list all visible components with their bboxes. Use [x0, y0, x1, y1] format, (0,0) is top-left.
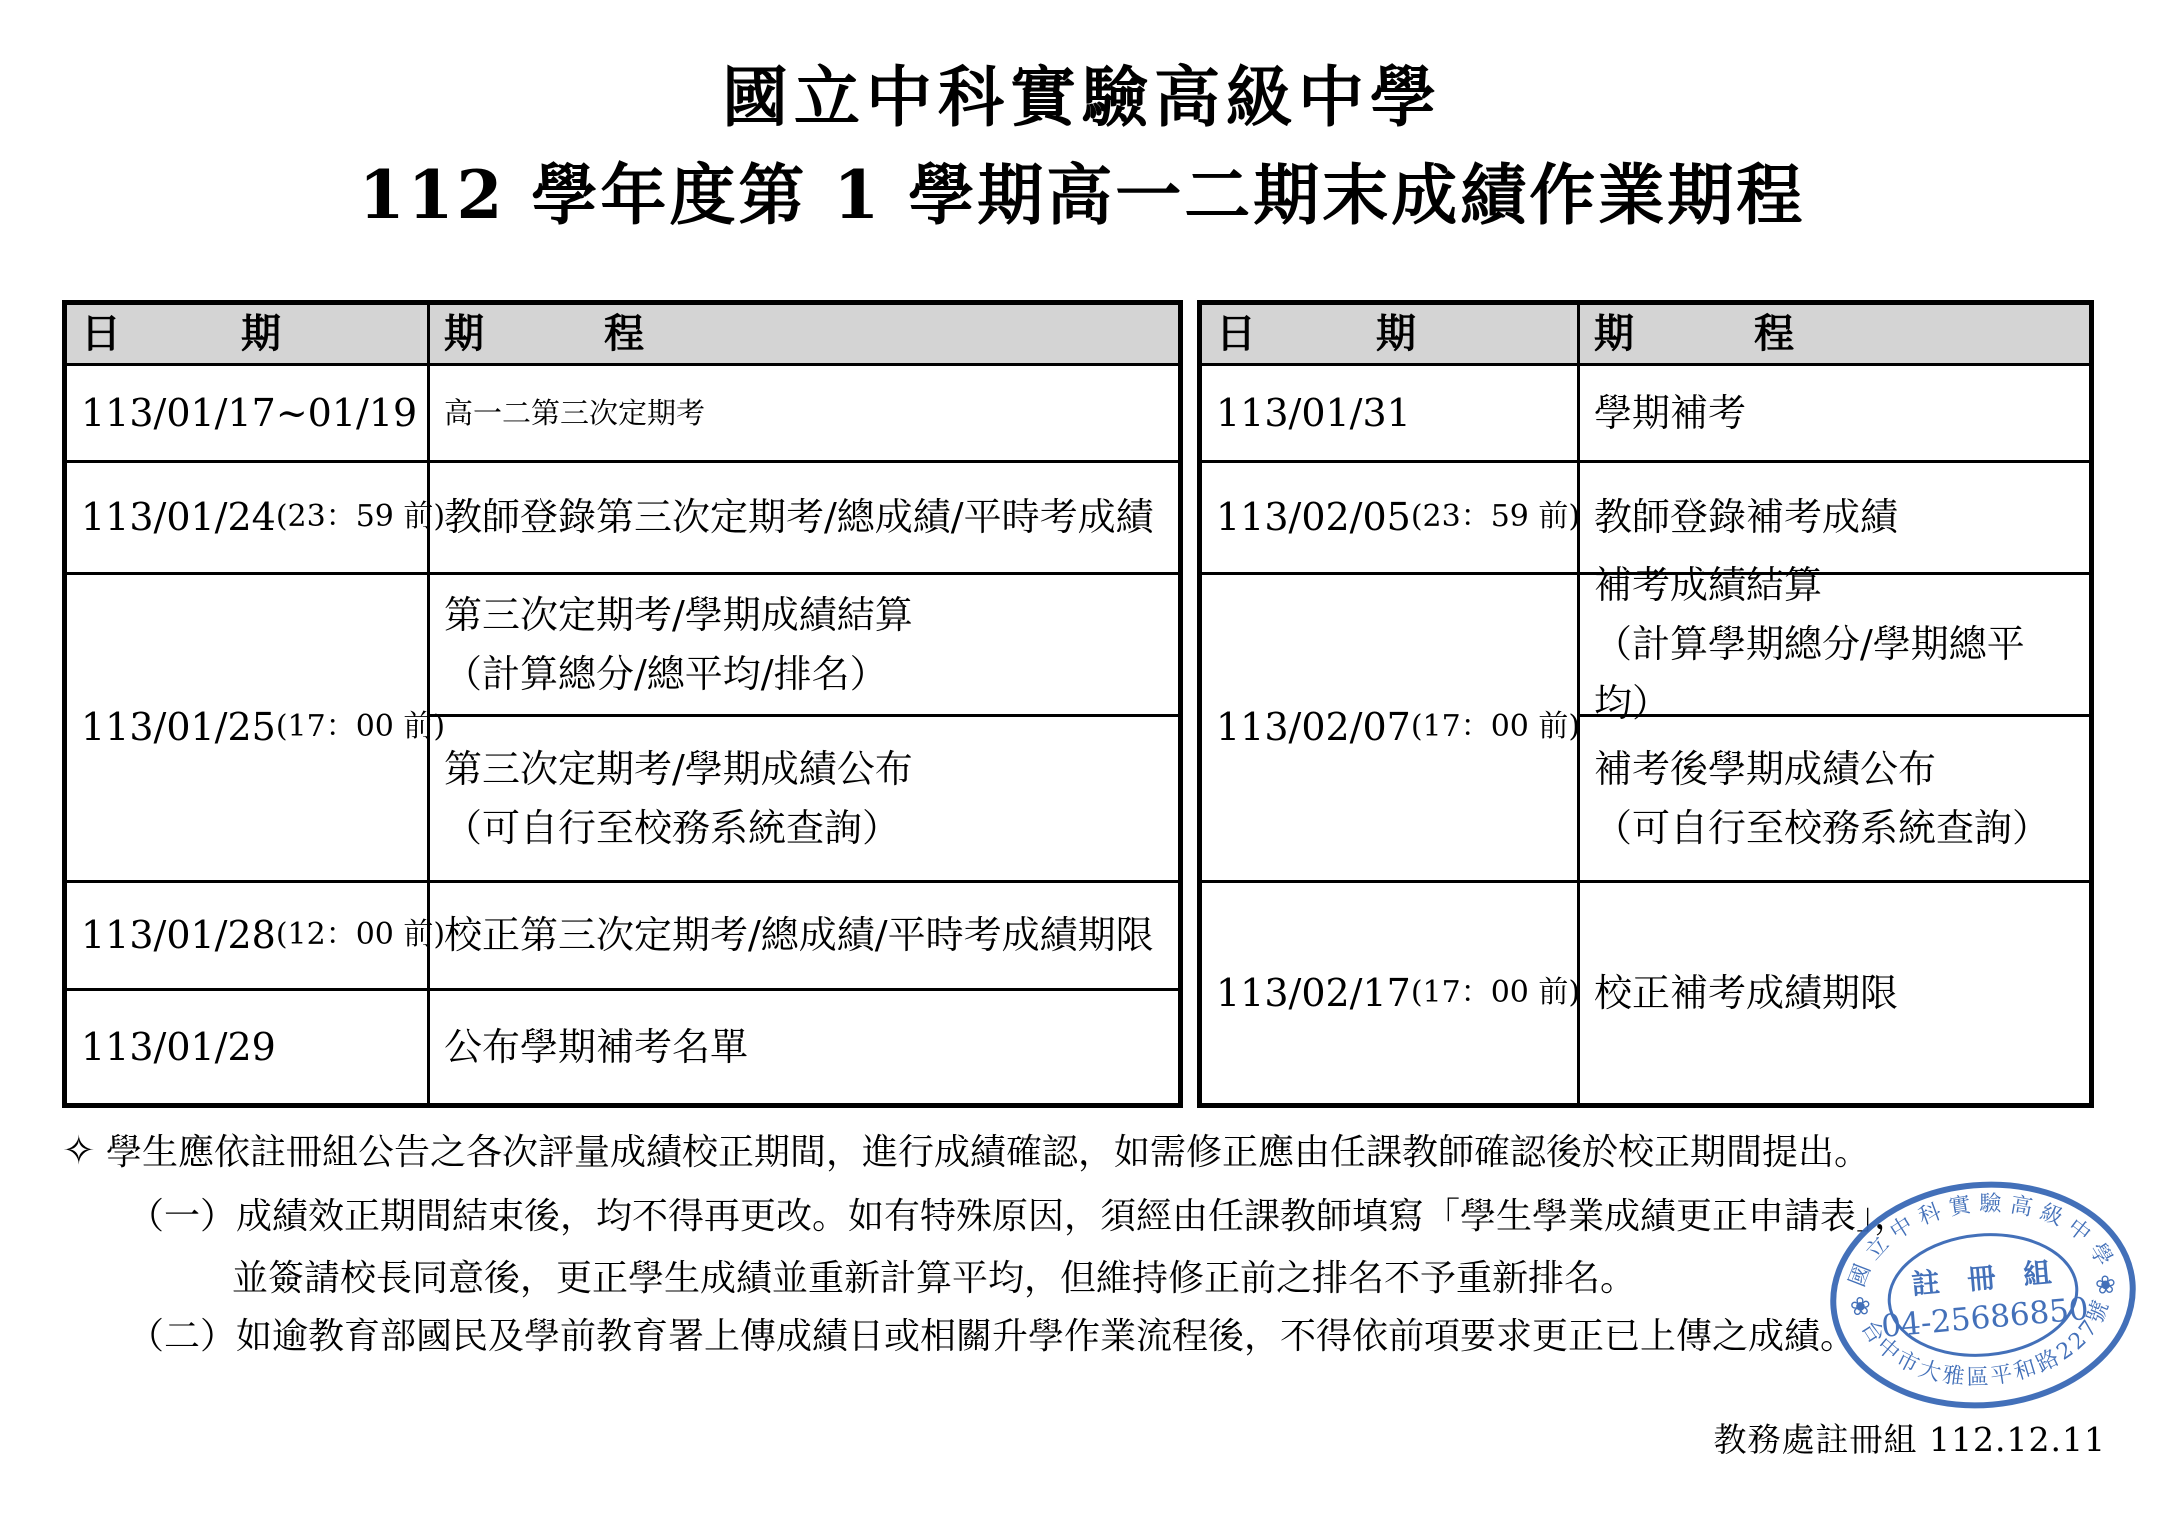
left-row1-date: 113/01/17~01/19 — [67, 366, 427, 460]
right-header-date: 日 期 — [1202, 305, 1577, 366]
right-row3-schedule-bottom: 補考後學期成績公布 （可自行至校務系統查詢） — [1577, 714, 2089, 880]
schedule-table-left: 日 期 期 程 113/01/17~01/19 高一二第三次定期考 113/01… — [62, 300, 1183, 1108]
right-row1-date: 113/01/31 — [1202, 366, 1577, 460]
left-row5-date: 113/01/29 — [67, 988, 427, 1103]
right-row3-date: 113/02/07(17：00 前) — [1202, 572, 1577, 880]
left-row3-schedule-bottom: 第三次定期考/學期成績公布 （可自行至校務系統查詢） — [427, 714, 1178, 880]
diamond-bullet-icon: ✧ — [62, 1128, 106, 1174]
registrar-office-stamp-seal: 國立中科實驗高級中學 台中市大雅區平和路227號 註 冊 組 04-256868… — [1814, 1163, 2152, 1428]
stamp-right-flower-icon: ❀ — [2094, 1269, 2117, 1300]
document-page: 國立中科實驗高級中學 112 學年度第 1 學期高一二期末成績作業期程 日 期 … — [0, 0, 2164, 1530]
stamp-phone-number: 04-25686850 — [1880, 1291, 2090, 1345]
left-header-date: 日 期 — [67, 305, 427, 366]
schedule-table-right: 日 期 期 程 113/01/31 學期補考 113/02/05(23：59 前… — [1197, 300, 2094, 1108]
left-row2-date: 113/01/24(23：59 前) — [67, 460, 427, 572]
right-header-schedule: 期 程 — [1577, 305, 2089, 366]
note-item-2: （二）如逾教育部國民及學前教育署上傳成績日或相關升學作業流程後，不得依前項要求更… — [128, 1308, 1856, 1359]
note-line-1-text: 學生應依註冊組公告之各次評量成績校正期間，進行成績確認，如需修正應由任課教師確認… — [106, 1132, 1870, 1173]
right-row4-date: 113/02/17(17：00 前) — [1202, 880, 1577, 1103]
right-row2-date: 113/02/05(23：59 前) — [1202, 460, 1577, 572]
left-row4-schedule: 校正第三次定期考/總成績/平時考成績期限 — [427, 880, 1178, 988]
right-row4-schedule: 校正補考成績期限 — [1577, 880, 2089, 1103]
note-item-1-label: （一） — [128, 1196, 236, 1237]
note-item-2-label: （二） — [128, 1316, 236, 1357]
note-item-1-continued: 並簽請校長同意後，更正學生成績並重新計算平均，但維持修正前之排名不予重新排名。 — [232, 1250, 1636, 1301]
left-row3-schedule-top: 第三次定期考/學期成績結算 （計算總分/總平均/排名） — [427, 572, 1178, 714]
issuing-office-and-date: 教務處註冊組 112.12.11 — [1714, 1414, 2106, 1461]
left-row2-schedule: 教師登錄第三次定期考/總成績/平時考成績 — [427, 460, 1178, 572]
stamp-office-name: 註 冊 組 — [1910, 1256, 2052, 1301]
left-header-schedule: 期 程 — [427, 305, 1178, 366]
left-row3-date: 113/01/25(17：00 前) — [67, 572, 427, 880]
left-row4-date: 113/01/28(12：00 前) — [67, 880, 427, 988]
left-row5-schedule: 公布學期補考名單 — [427, 988, 1178, 1103]
document-title: 112 學年度第 1 學期高一二期末成績作業期程 — [0, 142, 2164, 237]
right-row3-schedule-top: 補考成績結算 （計算學期總分/學期總平均） — [1577, 572, 2089, 714]
school-name-title: 國立中科實驗高級中學 — [0, 44, 2164, 139]
left-row1-schedule: 高一二第三次定期考 — [427, 366, 1178, 460]
note-item-1-text: 成績效正期間結束後，均不得再更改。如有特殊原因，須經由任課教師填寫「學生學業成績… — [236, 1196, 1910, 1237]
right-row1-schedule: 學期補考 — [1577, 366, 2089, 460]
note-line-1: ✧學生應依註冊組公告之各次評量成績校正期間，進行成績確認，如需修正應由任課教師確… — [62, 1124, 1870, 1175]
note-item-2-text: 如逾教育部國民及學前教育署上傳成績日或相關升學作業流程後，不得依前項要求更正已上… — [236, 1316, 1856, 1357]
stamp-left-flower-icon: ❀ — [1849, 1291, 1872, 1322]
note-item-1: （一）成績效正期間結束後，均不得再更改。如有特殊原因，須經由任課教師填寫「學生學… — [128, 1188, 1910, 1239]
